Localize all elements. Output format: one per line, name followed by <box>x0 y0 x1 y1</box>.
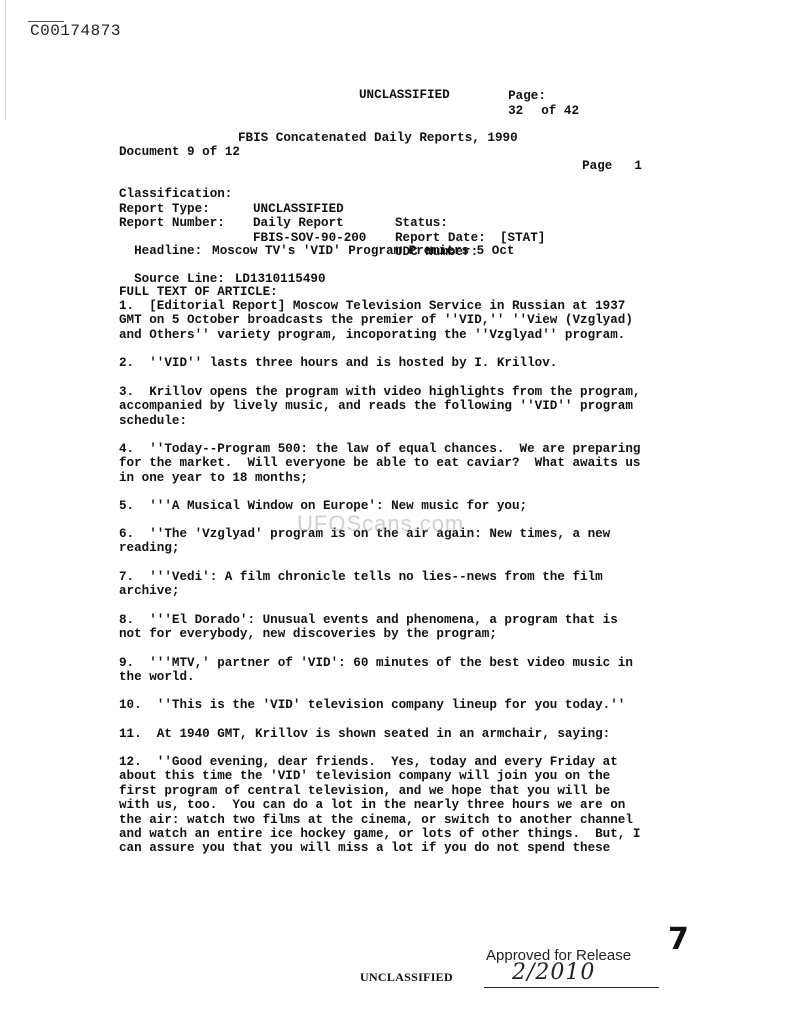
report-page: Page1 <box>567 145 642 174</box>
text-line: 9. '''MTV,' partner of 'VID': 60 minutes… <box>119 656 639 670</box>
paragraph-7: 7. '''Vedi': A film chronicle tells no l… <box>119 570 639 599</box>
page-counter: Page: 32of 42 <box>493 75 579 118</box>
headline-text: Moscow TV's 'VID' Program Premiers 5 Oct <box>212 244 514 258</box>
text-line: reading; <box>119 541 639 555</box>
paragraph-9: 9. '''MTV,' partner of 'VID': 60 minutes… <box>119 656 639 685</box>
document-id: C00174873 <box>30 22 121 40</box>
paragraph-12: 12. ''Good evening, dear friends. Yes, t… <box>119 755 639 856</box>
report-page-value: 1 <box>634 159 642 173</box>
release-stamp-date: 2/2010 <box>512 960 595 985</box>
text-line: GMT on 5 October broadcasts the premier … <box>119 313 639 327</box>
classification-top: UNCLASSIFIED <box>359 88 450 102</box>
watermark: UFOScans.com <box>297 511 464 537</box>
text-line: 1. [Editorial Report] Moscow Television … <box>119 299 639 313</box>
text-line: archive; <box>119 584 639 598</box>
text-line: 4. ''Today--Program 500: the law of equa… <box>119 442 639 456</box>
page-total: of 42 <box>541 104 579 118</box>
report-metadata: Classification: UNCLASSIFIED Status: [ST… <box>119 173 149 216</box>
paragraph-4: 4. ''Today--Program 500: the law of equa… <box>119 442 639 485</box>
paragraph-8: 8. '''El Dorado': Unusual events and phe… <box>119 613 639 642</box>
text-line: 11. At 1940 GMT, Krillov is shown seated… <box>119 727 639 741</box>
page-label: Page: <box>508 89 546 103</box>
text-line: first program of central television, and… <box>119 784 639 798</box>
meta-label: Status: <box>395 216 448 230</box>
text-line: and watch an entire ice hockey game, or … <box>119 827 639 841</box>
report-title: FBIS Concatenated Daily Reports, 1990 <box>238 131 518 145</box>
classification-bottom: UNCLASSIFIED <box>360 970 453 985</box>
text-line: schedule: <box>119 414 639 428</box>
text-line: 10. ''This is the 'VID' television compa… <box>119 698 639 712</box>
meta-row: Report Number: FBIS-SOV-90-200 UDC Numbe… <box>119 202 149 216</box>
text-line: accompanied by lively music, and reads t… <box>119 399 639 413</box>
text-line: not for everybody, new discoveries by th… <box>119 627 639 641</box>
text-line: 12. ''Good evening, dear friends. Yes, t… <box>119 755 639 769</box>
text-line: the world. <box>119 670 639 684</box>
meta-value: Daily Report <box>253 216 344 230</box>
report-page-label: Page <box>582 159 612 173</box>
text-line: for the market. Will everyone be able to… <box>119 456 639 470</box>
meta-row: Report Type: Daily Report Report Date: <box>119 187 149 201</box>
text-line: with us, too. You can do a lot in the ne… <box>119 798 639 812</box>
paragraph-11: 11. At 1940 GMT, Krillov is shown seated… <box>119 727 639 741</box>
full-text-heading: FULL TEXT OF ARTICLE: <box>119 285 278 299</box>
meta-label: Report Number: <box>119 216 225 230</box>
text-line: 7. '''Vedi': A film chronicle tells no l… <box>119 570 639 584</box>
meta-value: UNCLASSIFIED <box>253 202 344 216</box>
text-line: about this time the 'VID' television com… <box>119 769 639 783</box>
meta-row: Classification: UNCLASSIFIED Status: [ST… <box>119 173 149 187</box>
paragraph-3: 3. Krillov opens the program with video … <box>119 385 639 428</box>
paragraph-2: 2. ''VID'' lasts three hours and is host… <box>119 356 639 370</box>
page-number: 32 <box>508 104 523 118</box>
text-line: and Others'' variety program, incoporati… <box>119 328 639 342</box>
headline-label: Headline: <box>134 244 202 258</box>
text-line: 2. ''VID'' lasts three hours and is host… <box>119 356 639 370</box>
headline: Headline:Moscow TV's 'VID' Program Premi… <box>119 230 514 259</box>
paragraph-1: 1. [Editorial Report] Moscow Television … <box>119 299 639 342</box>
text-line: can assure you that you will miss a lot … <box>119 841 639 855</box>
paragraph-10: 10. ''This is the 'VID' television compa… <box>119 698 639 712</box>
source-line: Source Line:LD1310115490 <box>119 258 326 287</box>
text-line: 8. '''El Dorado': Unusual events and phe… <box>119 613 639 627</box>
page-edge-line <box>5 0 6 120</box>
text-line: the air: watch two films at the cinema, … <box>119 813 639 827</box>
text-line: 3. Krillov opens the program with video … <box>119 385 639 399</box>
text-line: in one year to 18 months; <box>119 471 639 485</box>
document-counter: Document 9 of 12 <box>119 145 240 159</box>
handwritten-number: 7 <box>668 922 689 957</box>
release-stamp-underline <box>484 987 659 988</box>
